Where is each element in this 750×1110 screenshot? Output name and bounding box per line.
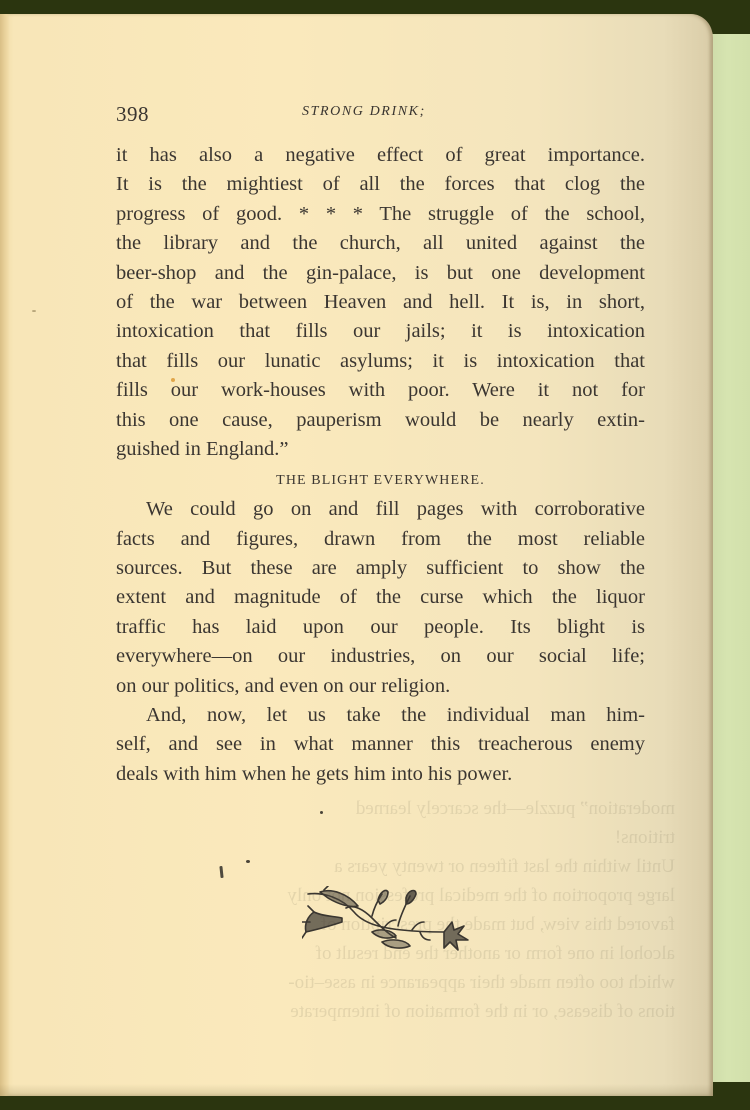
text-line: intoxication that fills our jails; it is… xyxy=(116,317,645,346)
text-line: facts and figures, drawn from the most r… xyxy=(116,525,645,554)
text-line: fills our work-houses with poor. Were it… xyxy=(116,376,645,405)
page-body-text: it has also a negative effect of great i… xyxy=(116,141,645,789)
text-line: We could go on and fill pages with corro… xyxy=(116,495,645,524)
bleed-line: tions of disease, or in the formation of… xyxy=(255,997,675,1026)
green-endpaper xyxy=(712,34,750,1082)
text-line: of the war between Heaven and hell. It i… xyxy=(116,288,645,317)
text-line: the library and the church, all united a… xyxy=(116,229,645,258)
text-line: progress of good. * * * The struggle of … xyxy=(116,200,645,229)
paragraph-quote-continuation: it has also a negative effect of great i… xyxy=(116,141,645,464)
text-line: deals with him when he gets him into his… xyxy=(116,760,645,789)
section-heading: THE BLIGHT EVERYWHERE. xyxy=(116,464,645,493)
paragraph-individual-man: And, now, let us take the individual man… xyxy=(116,701,645,789)
text-line: And, now, let us take the individual man… xyxy=(116,701,645,730)
book-page: moderation” puzzle—the scarcely learned … xyxy=(0,14,713,1096)
text-line: guished in England.” xyxy=(116,435,645,464)
bleed-line: which too often made their appearance in… xyxy=(255,968,675,997)
bleed-line: tritions! xyxy=(255,823,675,852)
bleed-line: moderation” puzzle—the scarcely learned xyxy=(255,794,675,823)
ink-speck xyxy=(246,860,250,863)
text-line: that fills our lunatic asylums; it is in… xyxy=(116,347,645,376)
text-line: this one cause, pauperism would be nearl… xyxy=(116,406,645,435)
text-line: traffic has laid upon our people. Its bl… xyxy=(116,613,645,642)
text-line: self, and see in what manner this treach… xyxy=(116,730,645,759)
page-number: 398 xyxy=(116,102,149,127)
scanned-book-spread: moderation” puzzle—the scarcely learned … xyxy=(0,0,750,1110)
text-line: everywhere—on our industries, on our soc… xyxy=(116,642,645,671)
text-line: sources. But these are amply sufficient … xyxy=(116,554,645,583)
paragraph-blight: We could go on and fill pages with corro… xyxy=(116,495,645,701)
text-line: it has also a negative effect of great i… xyxy=(116,141,645,170)
stray-ink-mark xyxy=(219,866,223,878)
page-gutter-shadow xyxy=(0,14,10,1096)
floral-tailpiece-icon xyxy=(302,886,470,952)
running-head: 398 STRONG DRINK; xyxy=(116,102,646,132)
paper-speck xyxy=(32,310,36,312)
bleed-line: Until within the last fifteen or twenty … xyxy=(255,852,675,881)
text-line: extent and magnitude of the curse which … xyxy=(116,583,645,612)
running-title: STRONG DRINK; xyxy=(302,104,426,120)
paper-stain-speck xyxy=(171,378,175,382)
text-line: It is the mightiest of all the forces th… xyxy=(116,170,645,199)
ink-speck xyxy=(320,811,323,814)
text-line: beer-shop and the gin-palace, is but one… xyxy=(116,259,645,288)
text-line: on our politics, and even on our religio… xyxy=(116,672,645,701)
